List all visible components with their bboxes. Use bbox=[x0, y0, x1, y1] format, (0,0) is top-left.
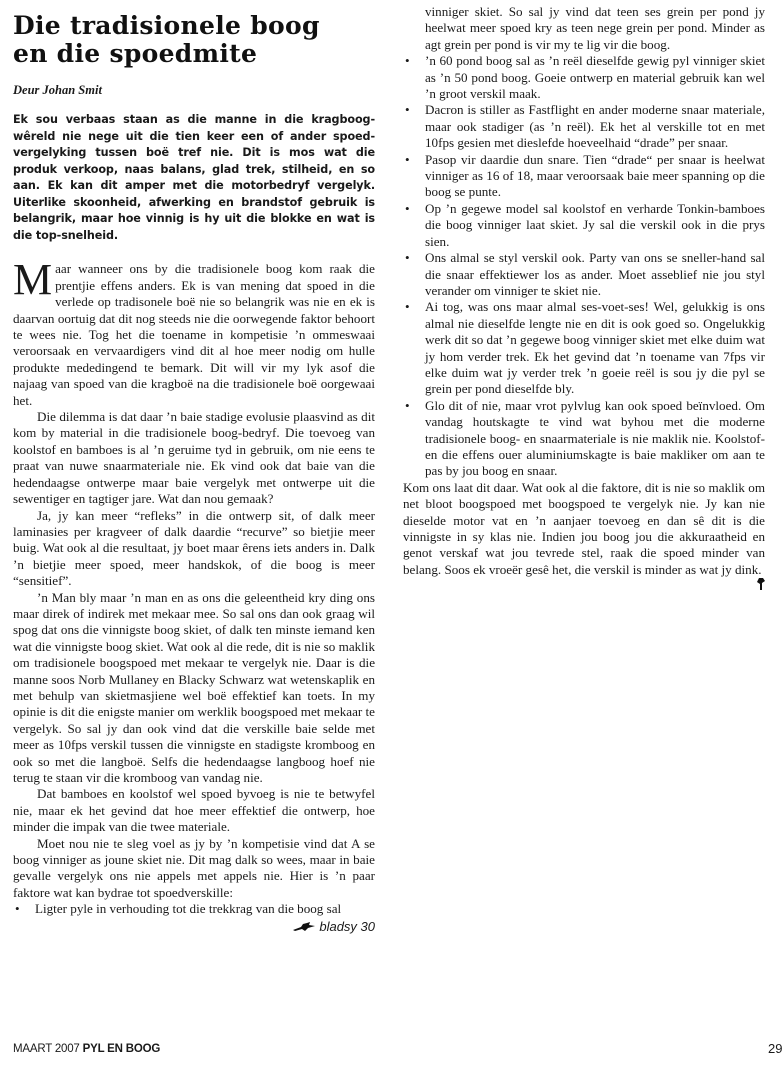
list-item: Dacron is stiller as Fastflight en ander… bbox=[403, 102, 765, 151]
list-item: Pasop vir daardie dun snare. Tien “drade… bbox=[403, 152, 765, 201]
page-footer: MAART 2007 PYL EN BOOG bbox=[13, 1043, 160, 1055]
list-item: Op ’n gegewe model sal koolstof en verha… bbox=[403, 201, 765, 250]
paragraph-2: Die dilemma is dat daar ’n baie stadige … bbox=[13, 409, 375, 507]
left-column: Die tradisionele boog en die spoedmite D… bbox=[13, 0, 375, 935]
archer-silhouette-icon bbox=[756, 578, 765, 594]
factor-list-start: Ligter pyle in verhouding tot die trekkr… bbox=[13, 901, 375, 917]
paragraph-5: Dat bamboes en koolstof wel spoed byvoeg… bbox=[13, 786, 375, 835]
magazine-name: PYL EN BOOG bbox=[83, 1043, 160, 1055]
title-line-2: en die spoedmite bbox=[13, 39, 257, 68]
page-number: 29 bbox=[768, 1041, 782, 1056]
factor-list: ’n 60 pond boog sal as ’n reël dieselfde… bbox=[403, 53, 765, 480]
article-title: Die tradisionele boog en die spoedmite bbox=[13, 12, 375, 68]
article-body: Maar wanneer ons by die tradisionele boo… bbox=[13, 261, 375, 935]
list-item: Ligter pyle in verhouding tot die trekkr… bbox=[13, 901, 375, 917]
paragraph-1: Maar wanneer ons by die tradisionele boo… bbox=[13, 261, 375, 409]
paragraph-4: ’n Man bly maar ’n man en as ons die gel… bbox=[13, 590, 375, 787]
list-item: Ai tog, was ons maar almal ses-voet-ses!… bbox=[403, 299, 765, 397]
paragraph-3: Ja, jy kan meer “refleks” in die ontwerp… bbox=[13, 508, 375, 590]
closing-paragraph: Kom ons laat dit daar. Wat ook al die fa… bbox=[403, 480, 765, 578]
list-item: ’n 60 pond boog sal as ’n reël dieselfde… bbox=[403, 53, 765, 102]
paragraph-6: Moet nou nie te sleg voel as jy by ’n ko… bbox=[13, 836, 375, 902]
continued-label: bladsy 30 bbox=[319, 919, 375, 934]
list-item: Glo dit of nie, maar vrot pylvlug kan oo… bbox=[403, 398, 765, 480]
issue-date: MAART 2007 bbox=[13, 1043, 80, 1055]
paragraph-1-text: aar wanneer ons by die tradisionele boog… bbox=[13, 261, 375, 407]
drop-cap: M bbox=[13, 263, 52, 297]
byline: Deur Johan Smit bbox=[13, 82, 375, 98]
bullet-continuation: vinniger skiet. So sal jy vind dat teen … bbox=[403, 4, 765, 53]
closing-text: Kom ons laat dit daar. Wat ook al die fa… bbox=[403, 480, 765, 577]
running-figure-arrow-icon bbox=[293, 922, 315, 932]
right-column: vinniger skiet. So sal jy vind dat teen … bbox=[403, 4, 765, 595]
continued-on-page[interactable]: bladsy 30 bbox=[13, 919, 375, 935]
lead-paragraph: Ek sou verbaas staan as die manne in die… bbox=[13, 112, 375, 244]
title-line-1: Die tradisionele boog bbox=[13, 11, 320, 40]
list-item: Ons almal se styl verskil ook. Party van… bbox=[403, 250, 765, 299]
